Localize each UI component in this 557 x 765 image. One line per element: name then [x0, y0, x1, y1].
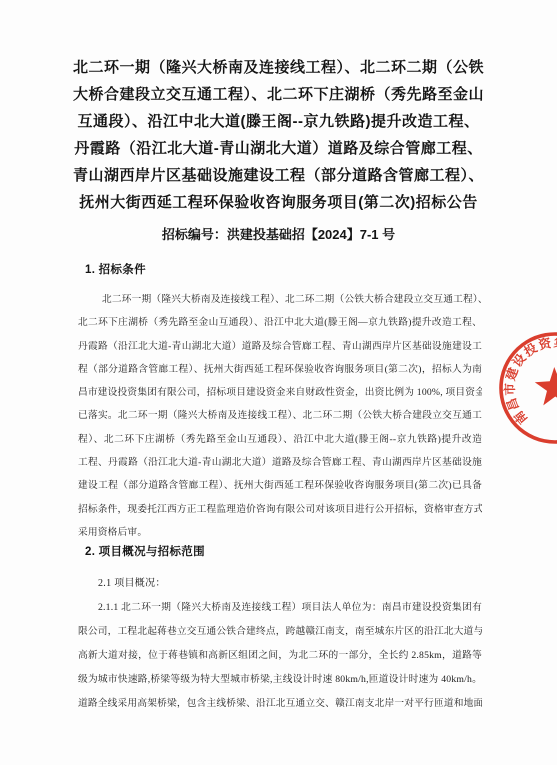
star-icon	[534, 366, 557, 405]
section1-body: 北二环一期（隆兴大桥南及连接线工程）、北二环二期（公铁大桥合建段立交互通工程）、…	[78, 288, 482, 544]
title-line: 大桥合建段立交互通工程）、北二环下庄湖桥（秀先路至金山	[42, 81, 515, 108]
body-line: 采用资格后审。	[78, 521, 482, 544]
body-line: 工程、丹霞路（沿江北大道-青山湖北大道）道路及综合管廊工程、青山湖西岸片区基础设…	[78, 451, 482, 474]
body-line: 道路全线采用高架桥梁，包含主线桥梁、沿江北互通立交、赣江南支北岸一对平行匝道和地…	[78, 692, 482, 716]
body-line: 2.1.1 北二环一期（隆兴大桥南及连接线工程）项目法人单位为：南昌市建设投资集…	[78, 596, 482, 620]
section2-heading: 2. 项目概况与招标范围	[85, 543, 205, 559]
title-line: 抚州大街西延工程环保验收咨询服务项目(第二次)招标公告	[42, 189, 515, 216]
document-page: 北二环一期（隆兴大桥南及连接线工程）、北二环二期（公铁 大桥合建段立交互通工程）…	[0, 0, 557, 765]
body-line: 程）、北二环下庄湖桥（秀先路至金山互通段）、沿江中北大道(滕王阁--京九铁路)提…	[78, 428, 482, 451]
body-line: 北二环一期（隆兴大桥南及连接线工程）、北二环二期（公铁大桥合建段立交互通工程）、	[78, 288, 482, 311]
body-line: 已落实。北二环一期（隆兴大桥南及连接线工程）、北二环二期（公铁大桥合建段立交互通…	[78, 404, 482, 427]
body-line: 建设工程（部分道路含管廊工程）、抚州大街西延工程环保验收咨询服务项目(第二次)已…	[78, 474, 482, 497]
bid-number: 招标编号：洪建投基础招【2024】7-1 号	[42, 224, 515, 243]
title-line: 北二环一期（隆兴大桥南及连接线工程）、北二环二期（公铁	[42, 54, 515, 81]
title-line: 青山湖西岸片区基础设施建设工程（部分道路含管廊工程）、	[42, 162, 515, 189]
section2-body: 2.1.1 北二环一期（隆兴大桥南及连接线工程）项目法人单位为：南昌市建设投资集…	[78, 596, 482, 716]
title-line: 互通段）、沿江中北大道(滕王阁--京九铁路)提升改造工程、	[42, 108, 515, 135]
body-line: 北二环下庄湖桥（秀先路至金山互通段）、沿江中北大道(滕王阁—京九铁路)提升改造工…	[78, 311, 482, 334]
section1-heading: 1. 招标条件	[85, 261, 146, 277]
body-line: 限公司，工程北起蒋巷立交互通公铁合建终点，跨越赣江南支，南至城东片区的沿江北大道…	[78, 620, 482, 644]
body-line: 昌市建设投资集团有限公司，招标项目建设资金来自财政性资金，出资比例为 100%,…	[78, 381, 482, 404]
announcement-title: 北二环一期（隆兴大桥南及连接线工程）、北二环二期（公铁 大桥合建段立交互通工程）…	[42, 54, 515, 216]
body-line: 丹霞路（沿江北大道-青山湖北大道）道路及综合管廊工程、青山湖西岸片区基础设施建设…	[78, 335, 482, 358]
body-line: 高新大道对接，位于蒋巷镇和高新区组团之间，为北二环的一部分，全长约 2.85km…	[78, 644, 482, 668]
body-line: 程（部分道路含管廊工程）、抚州大街西延工程环保验收咨询服务项目(第二次)，招标人…	[78, 358, 482, 381]
body-line: 招标条件，现委托江西方正工程监理造价咨询有限公司对该项目进行公开招标，资格审查方…	[78, 498, 482, 521]
title-line: 丹霞路（沿江北大道-青山湖北大道）道路及综合管廊工程、	[42, 135, 515, 162]
body-line: 级为城市快速路,桥梁等级为特大型城市桥梁,主线设计时速 80km/h,匝道设计时…	[78, 668, 482, 692]
company-seal: 南昌市建设投资集团有限公司	[496, 329, 557, 447]
subsection-heading: 2.1 项目概况：	[98, 574, 166, 589]
